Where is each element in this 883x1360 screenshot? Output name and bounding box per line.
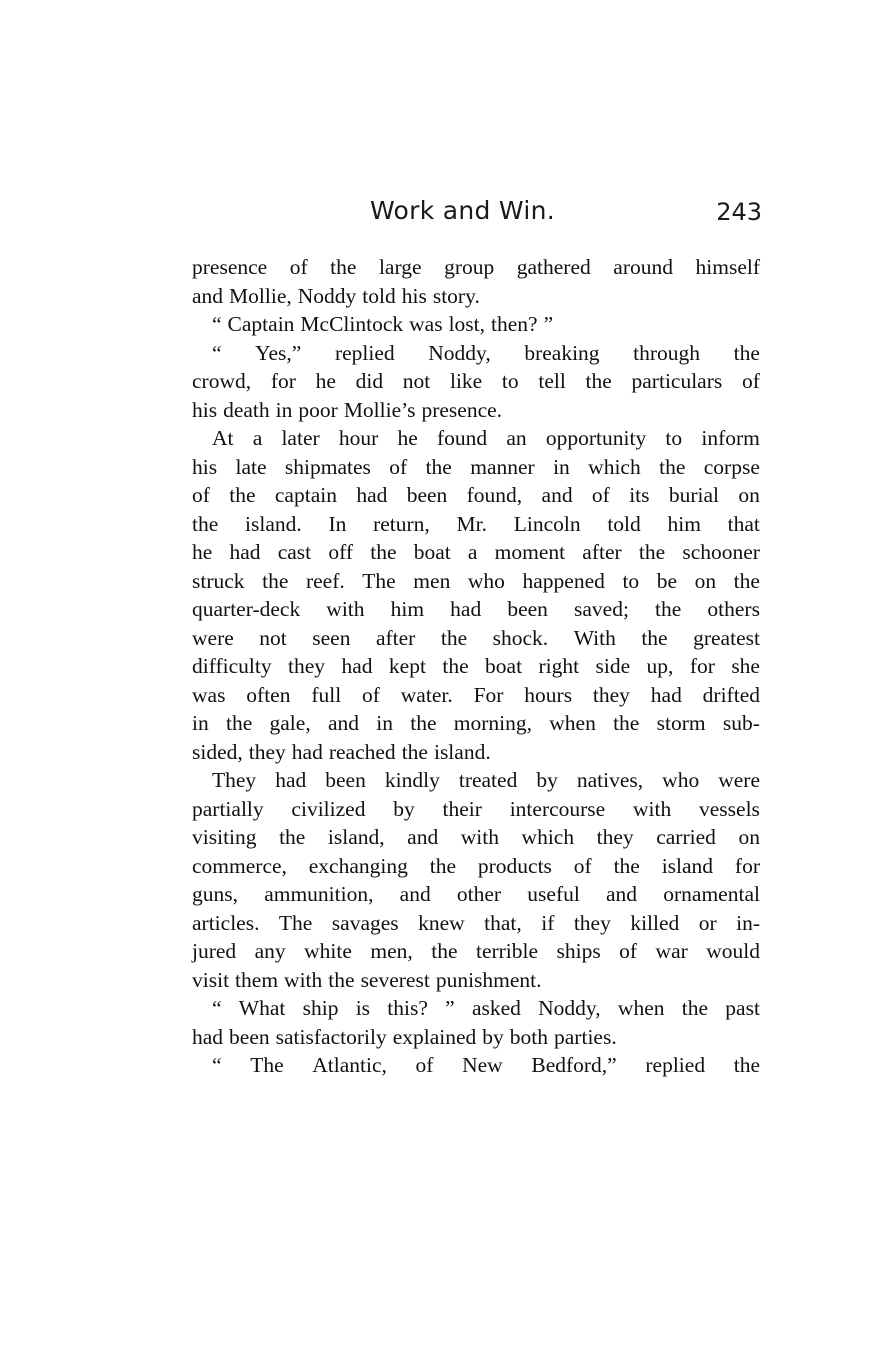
text-line: wasoftenfullofwater.Forhourstheyhaddrift…	[192, 681, 760, 710]
text-line: ofthecaptainhadbeenfound,andofitsburialo…	[192, 481, 760, 510]
book-page: Work and Win. 243 presenceofthelargegrou…	[0, 0, 883, 1360]
text-line: partiallycivilizedbytheirintercoursewith…	[192, 795, 760, 824]
text-line: visitthemwiththeseverestpunishment.	[192, 966, 760, 995]
body-text: presenceofthelargegroupgatheredaroundhim…	[192, 253, 760, 1080]
text-line: sided,theyhadreachedtheisland.	[192, 738, 760, 767]
text-line: presenceofthelargegroupgatheredaroundhim…	[192, 253, 760, 282]
text-line: quarter-deckwithhimhadbeensaved;theother…	[192, 595, 760, 624]
text-line: hisdeathinpoorMollie’spresence.	[192, 396, 760, 425]
text-line: juredanywhitemen,theterribleshipsofwarwo…	[192, 937, 760, 966]
text-line: Atalaterhourhefoundanopportunitytoinform	[192, 424, 760, 453]
text-line: hadbeensatisfactorilyexplainedbybothpart…	[192, 1023, 760, 1052]
text-line: struckthereef.Themenwhohappenedtobeonthe	[192, 567, 760, 596]
text-line: hislateshipmatesofthemannerinwhichthecor…	[192, 453, 760, 482]
running-title: Work and Win.	[370, 196, 555, 225]
page-number: 243	[716, 198, 762, 226]
text-line: difficultytheyhadkepttheboatrightsideup,…	[192, 652, 760, 681]
text-line: commerce,exchangingtheproductsoftheislan…	[192, 852, 760, 881]
text-line: guns,ammunition,andotherusefulandornamen…	[192, 880, 760, 909]
text-line: “CaptainMcClintockwaslost,then?”	[192, 310, 760, 339]
text-line: hehadcastofftheboatamomentaftertheschoon…	[192, 538, 760, 567]
text-line: theisland.Inreturn,Mr.Lincolntoldhimthat	[192, 510, 760, 539]
text-line: Theyhadbeenkindlytreatedbynatives,whower…	[192, 766, 760, 795]
text-line: “TheAtlantic,ofNewBedford,”repliedthe	[192, 1051, 760, 1080]
text-line: “Whatshipisthis?”askedNoddy,whenthepast	[192, 994, 760, 1023]
text-line: werenotseenaftertheshock.Withthegreatest	[192, 624, 760, 653]
page-header: Work and Win. 243	[192, 196, 762, 236]
text-line: visitingtheisland,andwithwhichtheycarrie…	[192, 823, 760, 852]
text-line: “Yes,”repliedNoddy,breakingthroughthe	[192, 339, 760, 368]
text-line: andMollie,Noddytoldhisstory.	[192, 282, 760, 311]
text-line: articles.Thesavagesknewthat,iftheykilled…	[192, 909, 760, 938]
text-line: crowd,forhedidnotliketotelltheparticular…	[192, 367, 760, 396]
text-line: inthegale,andinthemorning,whenthestormsu…	[192, 709, 760, 738]
